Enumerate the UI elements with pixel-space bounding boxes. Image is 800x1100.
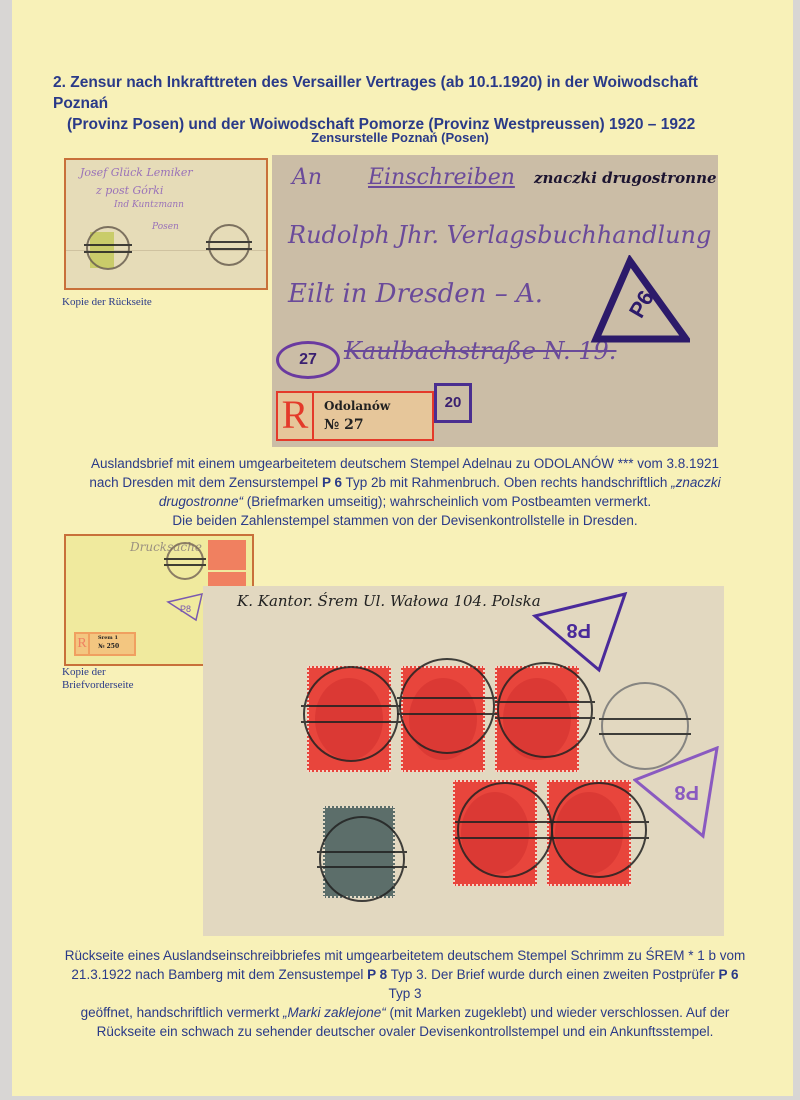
registration-place: Srem 1 xyxy=(98,635,118,641)
page-title: 2. Zensur nach Inkrafttreten des Versail… xyxy=(53,72,753,135)
censor-triangle-mark: P6 xyxy=(590,255,690,351)
desc-line: drugostronne“ (Briefmarken umseitig); wa… xyxy=(60,492,750,511)
handwriting-line: Eilt in Dresden – A. xyxy=(288,279,543,309)
thumb-caption-line: Kopie der xyxy=(62,666,133,679)
registration-number: № 27 xyxy=(324,417,364,433)
item1-description: Auslandsbrief mit einem umgearbeitetem d… xyxy=(60,454,750,530)
registration-letter: R xyxy=(76,634,90,654)
desc-text: nach Dresden mit dem Zensurstempel xyxy=(89,475,322,490)
cover-front: An Einschreiben znaczki drugostronne Rud… xyxy=(272,155,718,447)
svg-text:P8: P8 xyxy=(567,619,591,641)
desc-text: (Briefmarken umseitig); wahrscheinlich v… xyxy=(243,494,651,509)
desc-line: 21.3.1922 nach Bamberg mit dem Zensustem… xyxy=(60,965,750,1003)
desc-text: geöffnet, handschriftlich vermerkt xyxy=(81,1005,283,1020)
title-line-1: 2. Zensur nach Inkrafttreten des Versail… xyxy=(53,74,698,112)
thumbnail-back-copy: Josef Glück Lemiker z post Górki Ind Kun… xyxy=(64,158,268,290)
thumb-caption: Kopie der Rückseite xyxy=(62,296,152,309)
sender-handwriting: K. Kantor. Śrem Ul. Wałowa 104. Polska xyxy=(237,592,541,610)
registration-letter: R xyxy=(278,393,314,439)
desc-text: Typ 3 xyxy=(388,986,421,1001)
svg-text:P8: P8 xyxy=(675,781,699,803)
desc-text: 21.3.1922 nach Bamberg mit dem Zensustem… xyxy=(71,967,367,982)
handwriting-line: An xyxy=(292,165,322,190)
desc-bold: P 6 xyxy=(719,967,739,982)
registration-label: R Srem 1 № 250 xyxy=(74,632,136,656)
desc-text: Typ 3. Der Brief wurde durch einen zweit… xyxy=(387,967,718,982)
desc-line: Rückseite ein schwach zu sehender deutsc… xyxy=(60,1022,750,1041)
desc-bold: P 6 xyxy=(322,475,342,490)
handwriting-annotation: znaczki drugostronne xyxy=(534,169,717,187)
thumb-caption: Kopie der Briefvorderseite xyxy=(62,666,133,692)
desc-bold: P 8 xyxy=(367,967,387,982)
registration-place: Odolanów xyxy=(324,399,390,413)
desc-line: nach Dresden mit dem Zensurstempel P 6 T… xyxy=(60,473,750,492)
registration-number: № 250 xyxy=(98,643,119,650)
handwriting-line: Kaulbachstraße N. 19. xyxy=(344,337,616,365)
registration-label: R Odolanów № 27 xyxy=(276,391,434,441)
postmark xyxy=(86,226,130,270)
desc-italic: drugostronne“ xyxy=(159,494,243,509)
postmark xyxy=(319,816,405,902)
postmark xyxy=(457,782,553,878)
section-subtitle: Zensurstelle Poznań (Posen) xyxy=(0,130,800,145)
censor-triangle-mark: P8 xyxy=(166,592,206,622)
desc-italic: „znaczki xyxy=(671,475,721,490)
desc-line: Die beiden Zahlenstempel stammen von der… xyxy=(60,511,750,530)
postmark xyxy=(303,666,399,762)
svg-text:P8: P8 xyxy=(180,604,191,614)
oval-number-stamp: 27 xyxy=(276,341,340,379)
stamp xyxy=(208,540,246,570)
handwriting-line: Einschreiben xyxy=(368,165,515,190)
cover-back: K. Kantor. Śrem Ul. Wałowa 104. Polska P… xyxy=(203,586,724,936)
postmark xyxy=(166,542,204,580)
postmark xyxy=(497,662,593,758)
postmark xyxy=(208,224,250,266)
censor-triangle-mark: P8 xyxy=(633,746,724,840)
desc-text: (mit Marken zugeklebt) und wieder versch… xyxy=(386,1005,730,1020)
postmark xyxy=(399,658,495,754)
box-number-stamp: 20 xyxy=(434,383,472,423)
desc-line: geöffnet, handschriftlich vermerkt „Mark… xyxy=(60,1003,750,1022)
handwriting-line: Rudolph Jhr. Verlagsbuchhandlung xyxy=(288,221,711,249)
desc-line: Rückseite eines Auslandseinschreibbriefe… xyxy=(60,946,750,965)
desc-italic: „Marki zaklejone“ xyxy=(283,1005,386,1020)
item2-description: Rückseite eines Auslandseinschreibbriefe… xyxy=(60,946,750,1041)
desc-text: Typ 2b mit Rahmenbruch. Oben rechts hand… xyxy=(342,475,671,490)
thumb-caption-line: Briefvorderseite xyxy=(62,679,133,692)
desc-line: Auslandsbrief mit einem umgearbeitetem d… xyxy=(60,454,750,473)
